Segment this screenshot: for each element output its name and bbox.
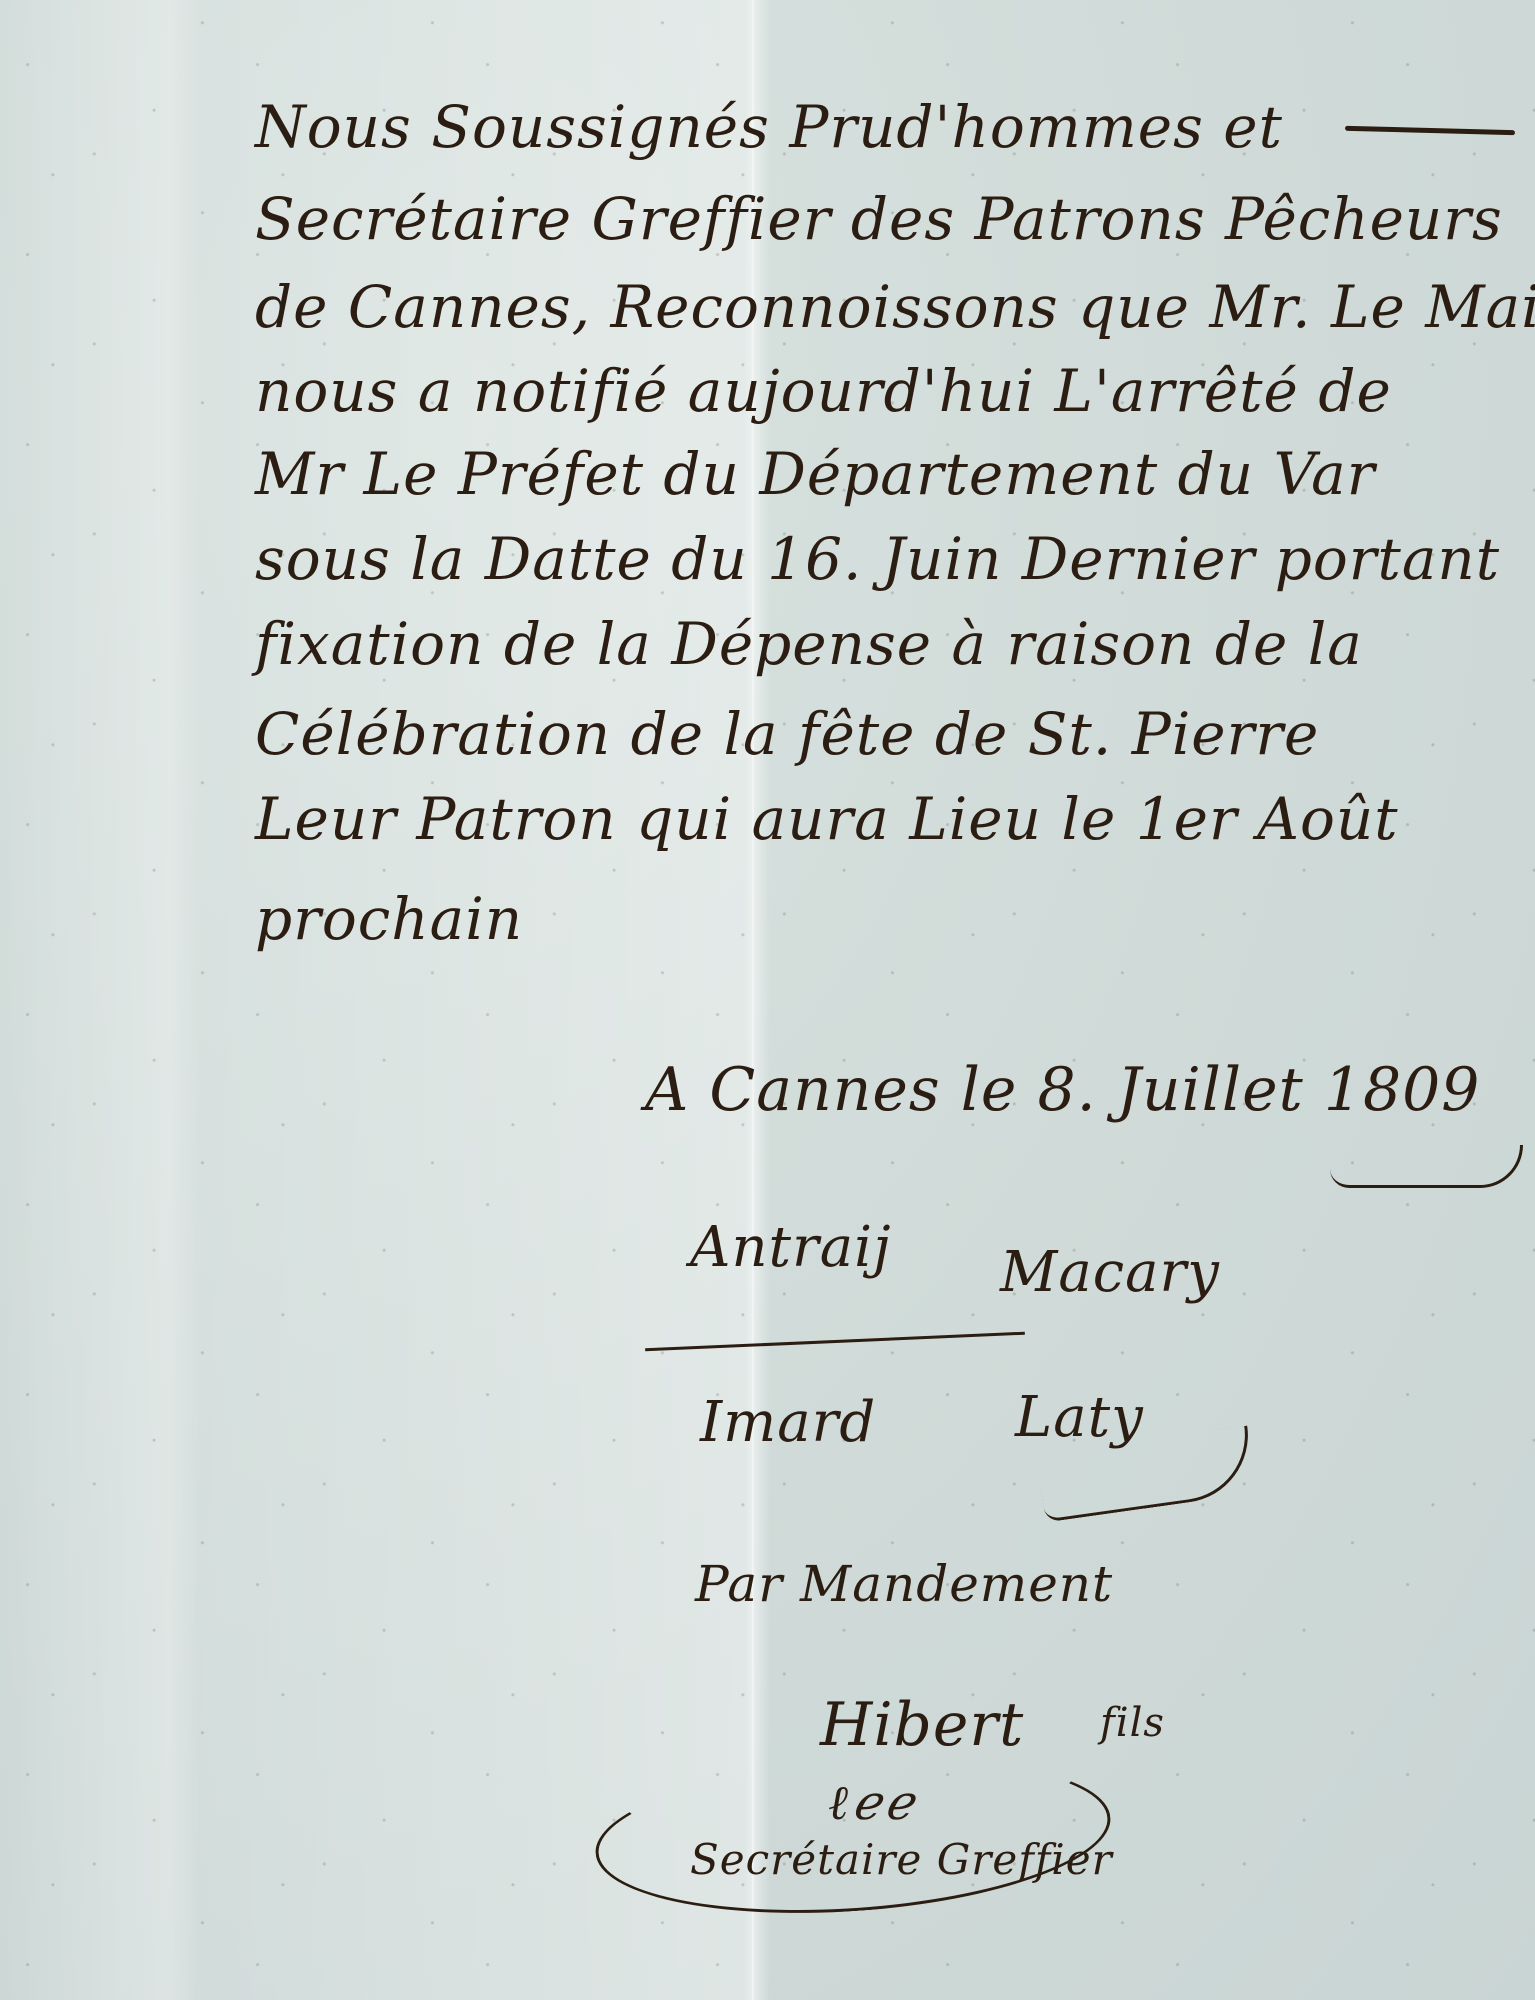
date-flourish (1330, 1145, 1523, 1188)
body-line-8: Célébration de la fête de St. Pierre (255, 705, 1319, 763)
signature-underline (645, 1332, 1025, 1352)
signature-hibert: Hibert (820, 1690, 1024, 1760)
par-mandement-label: Par Mandement (695, 1555, 1113, 1613)
body-line-4: nous a notifié aujourd'hui L'arrêté de (255, 362, 1392, 420)
body-line-7: fixation de la Dépense à raison de la (255, 615, 1363, 673)
signature-imard: Imard (700, 1390, 876, 1455)
secretary-title: Secrétaire Greffier (690, 1835, 1113, 1884)
body-line-3: de Cannes, Reconnoissons que Mr. Le Mair… (255, 278, 1535, 336)
line-end-dash (1345, 126, 1515, 135)
body-line-9: Leur Patron qui aura Lieu le 1er Août (255, 790, 1399, 848)
body-line-2: Secrétaire Greffier des Patrons Pêcheurs (255, 190, 1503, 248)
body-line-6: sous la Datte du 16. Juin Dernier portan… (255, 530, 1500, 588)
body-line-5: Mr Le Préfet du Département du Var (255, 445, 1375, 503)
body-line-10: prochain (255, 890, 523, 948)
manuscript-page: Nous Soussignés Prud'hommes et Secrétair… (0, 0, 1535, 2000)
signature-laty: Laty (1015, 1385, 1144, 1450)
body-line-1: Nous Soussignés Prud'hommes et (255, 98, 1283, 156)
place-and-date: A Cannes le 8. Juillet 1809 (645, 1055, 1480, 1125)
signature-macary: Macary (1000, 1240, 1220, 1305)
signature-suffix-fils: fils (1100, 1700, 1165, 1746)
signature-antraij: Antraij (690, 1215, 891, 1280)
